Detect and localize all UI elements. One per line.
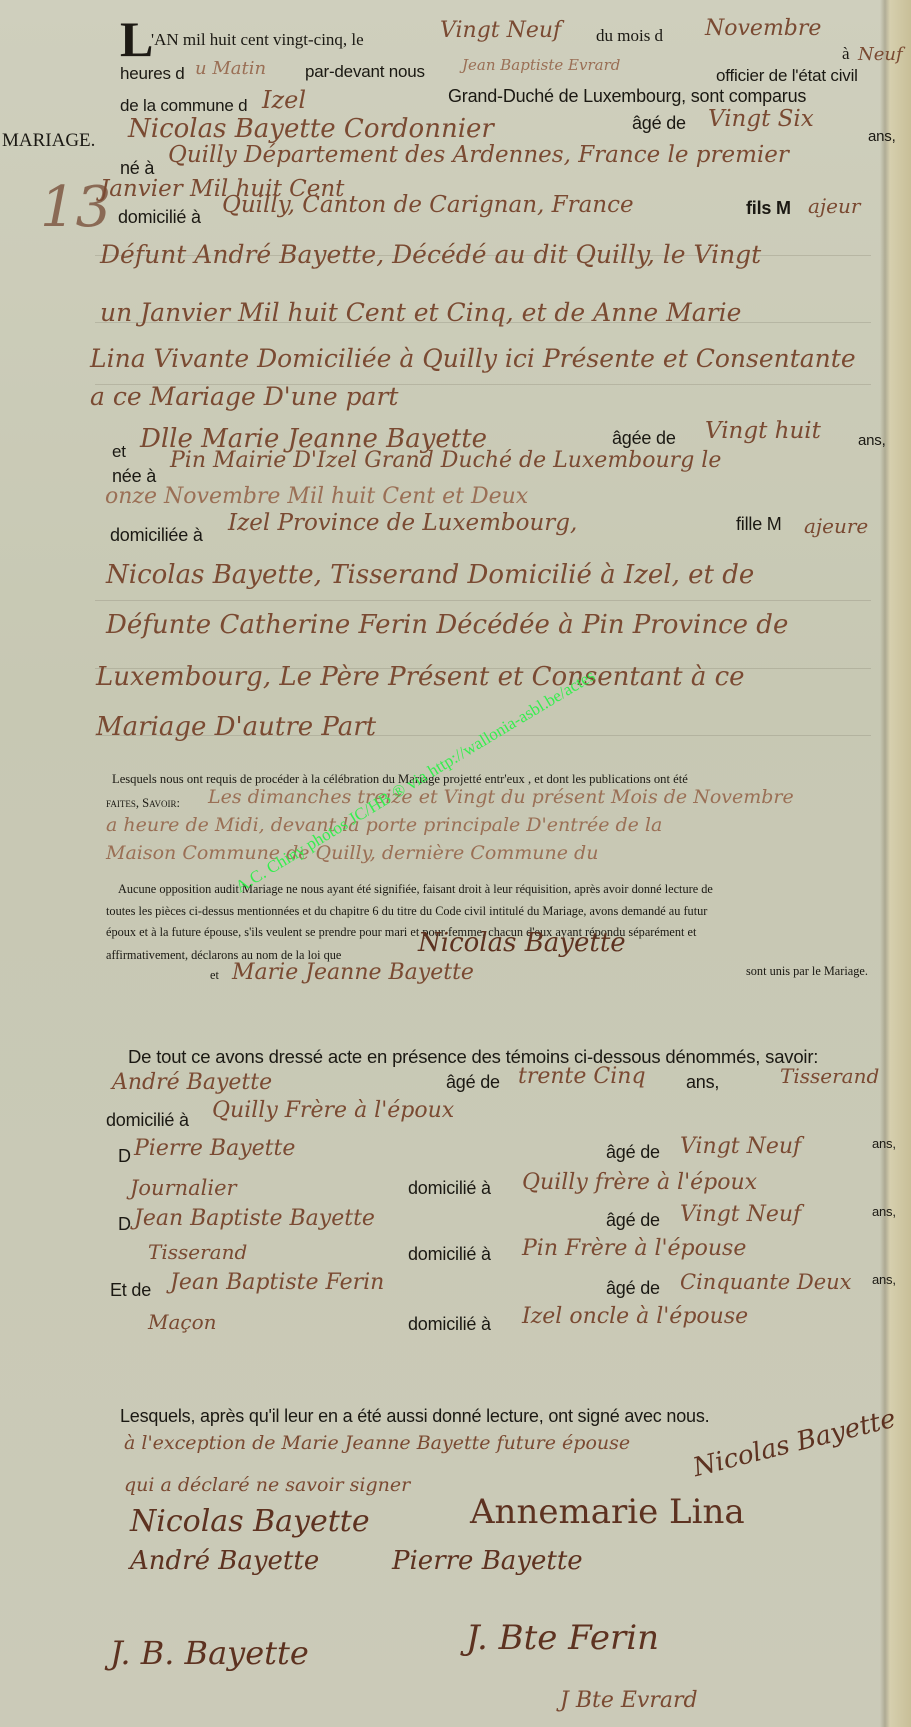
printed-w1-age: âgé de [446, 1072, 500, 1093]
hw-publications-3: Maison Commune de Quilly, dernière Commu… [106, 842, 598, 864]
printed-w3-domicile: domicilié à [408, 1244, 491, 1265]
hw-groom-age: Vingt Six [708, 106, 814, 132]
hw-groom: Nicolas Bayette Cordonnier [128, 114, 494, 144]
hw-closing-note-2: qui a déclaré ne savoir signer [124, 1474, 410, 1496]
printed-w3-prefix: D [118, 1214, 131, 1235]
hw-groom-domicile: Quilly, Canton de Carignan, France [222, 192, 634, 218]
hw-bride-age: Vingt huit [705, 418, 821, 444]
hw-witness1-domicile: Quilly Frère à l'époux [212, 1098, 454, 1123]
hw-groom-parents-2: un Janvier Mil huit Cent et Cinq, et de … [100, 298, 741, 327]
hw-declared-bride: Marie Jeanne Bayette [232, 960, 474, 985]
register-page: MARIAGE. 13 L 'AN mil huit cent vingt-ci… [0, 0, 911, 1727]
hw-witness2-name: Pierre Bayette [134, 1136, 295, 1161]
hw-witness3-age: Vingt Neuf [680, 1202, 801, 1227]
hw-bride-birth-1: Pin Mairie D'Izel Grand Duché de Luxembo… [170, 448, 721, 473]
hw-hour: u Matin [195, 58, 266, 79]
printed-fils-m: fils M [746, 198, 791, 219]
signature: Annemarie Lina [470, 1492, 745, 1532]
hw-publications-1: Les dimanches treize et Vingt du présent… [208, 786, 794, 808]
signature: Nicolas Bayette [690, 1404, 899, 1483]
signature: André Bayette [130, 1546, 319, 1576]
decorative-initial: L [120, 14, 153, 64]
printed-line3-b: Grand-Duché de Luxembourg, sont comparus [448, 86, 806, 107]
hw-witness3-occupation: Tisserand [148, 1240, 247, 1264]
printed-witnesses-intro: De tout ce avons dressé acte en présence… [128, 1046, 818, 1068]
hw-witness2-domicile: Quilly frère à l'époux [522, 1170, 757, 1195]
printed-line3-a: de la commune d [120, 96, 247, 116]
signature: J Bte Evrard [560, 1688, 698, 1713]
printed-w2-ans: ans, [872, 1136, 896, 1151]
printed-age-de: âgé de [632, 113, 686, 134]
hw-groom-status: ajeur [808, 194, 860, 218]
printed-line1-c: à [842, 44, 850, 64]
printed-line1-a: 'AN mil huit cent vingt-cinq, le [151, 30, 364, 50]
signature: Nicolas Bayette [130, 1504, 370, 1539]
hw-commune: Izel [262, 86, 306, 114]
hw-closing-note-1: à l'exception de Marie Jeanne Bayette fu… [124, 1432, 630, 1454]
printed-fille-m: fille M [736, 514, 782, 535]
hw-bride-status: ajeure [804, 514, 868, 538]
signature: J. Bte Ferin [466, 1618, 659, 1658]
printed-closing: Lesquels, après qu'il leur en a été auss… [120, 1406, 709, 1427]
hw-witness3-domicile: Pin Frère à l'épouse [522, 1236, 746, 1261]
hw-month: Novembre [705, 16, 821, 41]
hw-groom-parents-1: Défunt André Bayette, Décédé au dit Quil… [100, 240, 761, 269]
printed-w3-age: âgé de [606, 1210, 660, 1231]
hw-bride-parents-2: Défunte Catherine Ferin Décédée à Pin Pr… [106, 610, 788, 640]
hw-hour-tail: Neuf [858, 44, 903, 65]
hw-groom-parents-4: a ce Mariage D'une part [90, 382, 398, 411]
hw-groom-birth-1: Quilly Département des Ardennes, France … [168, 142, 789, 168]
hw-bride-parents-3: Luxembourg, Le Père Présent et Consentan… [96, 662, 745, 692]
hw-witness3-name: Jean Baptiste Bayette [134, 1206, 375, 1231]
hw-witness4-name: Jean Baptiste Ferin [170, 1270, 384, 1295]
hw-bride-birth-2: onze Novembre Mil huit Cent et Deux [105, 484, 528, 509]
hw-day: Vingt Neuf [440, 18, 561, 43]
printed-line2-c: officier de l'état civil [716, 66, 858, 86]
printed-agee-de: âgée de [612, 428, 676, 449]
printed-domiciliee-a: domiciliée à [110, 525, 203, 546]
printed-et: et [112, 442, 126, 462]
printed-w1-ans: ans, [686, 1072, 719, 1093]
signature: Pierre Bayette [392, 1546, 583, 1576]
hw-officer: Jean Baptiste Evrard [462, 56, 620, 74]
hw-bride-parents-4: Mariage D'autre Part [96, 712, 376, 742]
printed-w3-ans: ans, [872, 1204, 896, 1219]
printed-domicilie-a: domicilié à [118, 207, 201, 228]
printed-publications-2: faites, Savoir: [106, 796, 180, 811]
printed-w1-domicile: domicilié à [106, 1110, 189, 1131]
hw-witness1-name: André Bayette [112, 1070, 272, 1095]
printed-w4-domicile: domicilié à [408, 1314, 491, 1335]
printed-ans: ans, [868, 128, 896, 145]
hw-witness1-age: trente Cinq [518, 1064, 646, 1089]
hw-witness2-occupation: Journalier [130, 1176, 237, 1200]
printed-ans-bride: ans, [858, 432, 886, 449]
printed-line1-b: du mois d [596, 26, 663, 46]
printed-w2-domicile: domicilié à [408, 1178, 491, 1199]
printed-opposition-end: sont unis par le Mariage. [746, 964, 868, 979]
hw-declared-groom: Nicolas Bayette [418, 928, 626, 958]
printed-w4-prefix: Et de [110, 1280, 151, 1301]
hw-witness4-age: Cinquante Deux [680, 1270, 852, 1294]
printed-w2-age: âgé de [606, 1142, 660, 1163]
printed-line2-a: heures d [120, 64, 185, 84]
signature: J. B. Bayette [110, 1634, 309, 1672]
printed-w4-age: âgé de [606, 1278, 660, 1299]
printed-w4-ans: ans, [872, 1272, 896, 1287]
printed-w2-prefix: D [118, 1146, 131, 1167]
hw-witness4-occupation: Maçon [148, 1310, 217, 1334]
hw-publications-2: a heure de Midi, devant la porte princip… [106, 814, 662, 836]
hw-witness1-occupation: Tisserand [780, 1064, 879, 1088]
printed-line2-b: par-devant nous [305, 62, 425, 82]
hw-groom-parents-3: Lina Vivante Domiciliée à Quilly ici Pré… [90, 344, 856, 373]
printed-opposition-et: et [210, 968, 219, 983]
hw-witness2-age: Vingt Neuf [680, 1134, 801, 1159]
hw-bride-parents-1: Nicolas Bayette, Tisserand Domicilié à I… [106, 560, 754, 590]
hw-witness4-domicile: Izel oncle à l'épouse [522, 1304, 748, 1329]
margin-label: MARIAGE. [2, 130, 95, 152]
hw-bride-domicile: Izel Province de Luxembourg, [228, 510, 577, 536]
printed-opposition-2: toutes les pièces ci-dessus mentionnées … [106, 904, 707, 919]
printed-opposition-1: Aucune opposition audit Mariage ne nous … [118, 882, 713, 897]
